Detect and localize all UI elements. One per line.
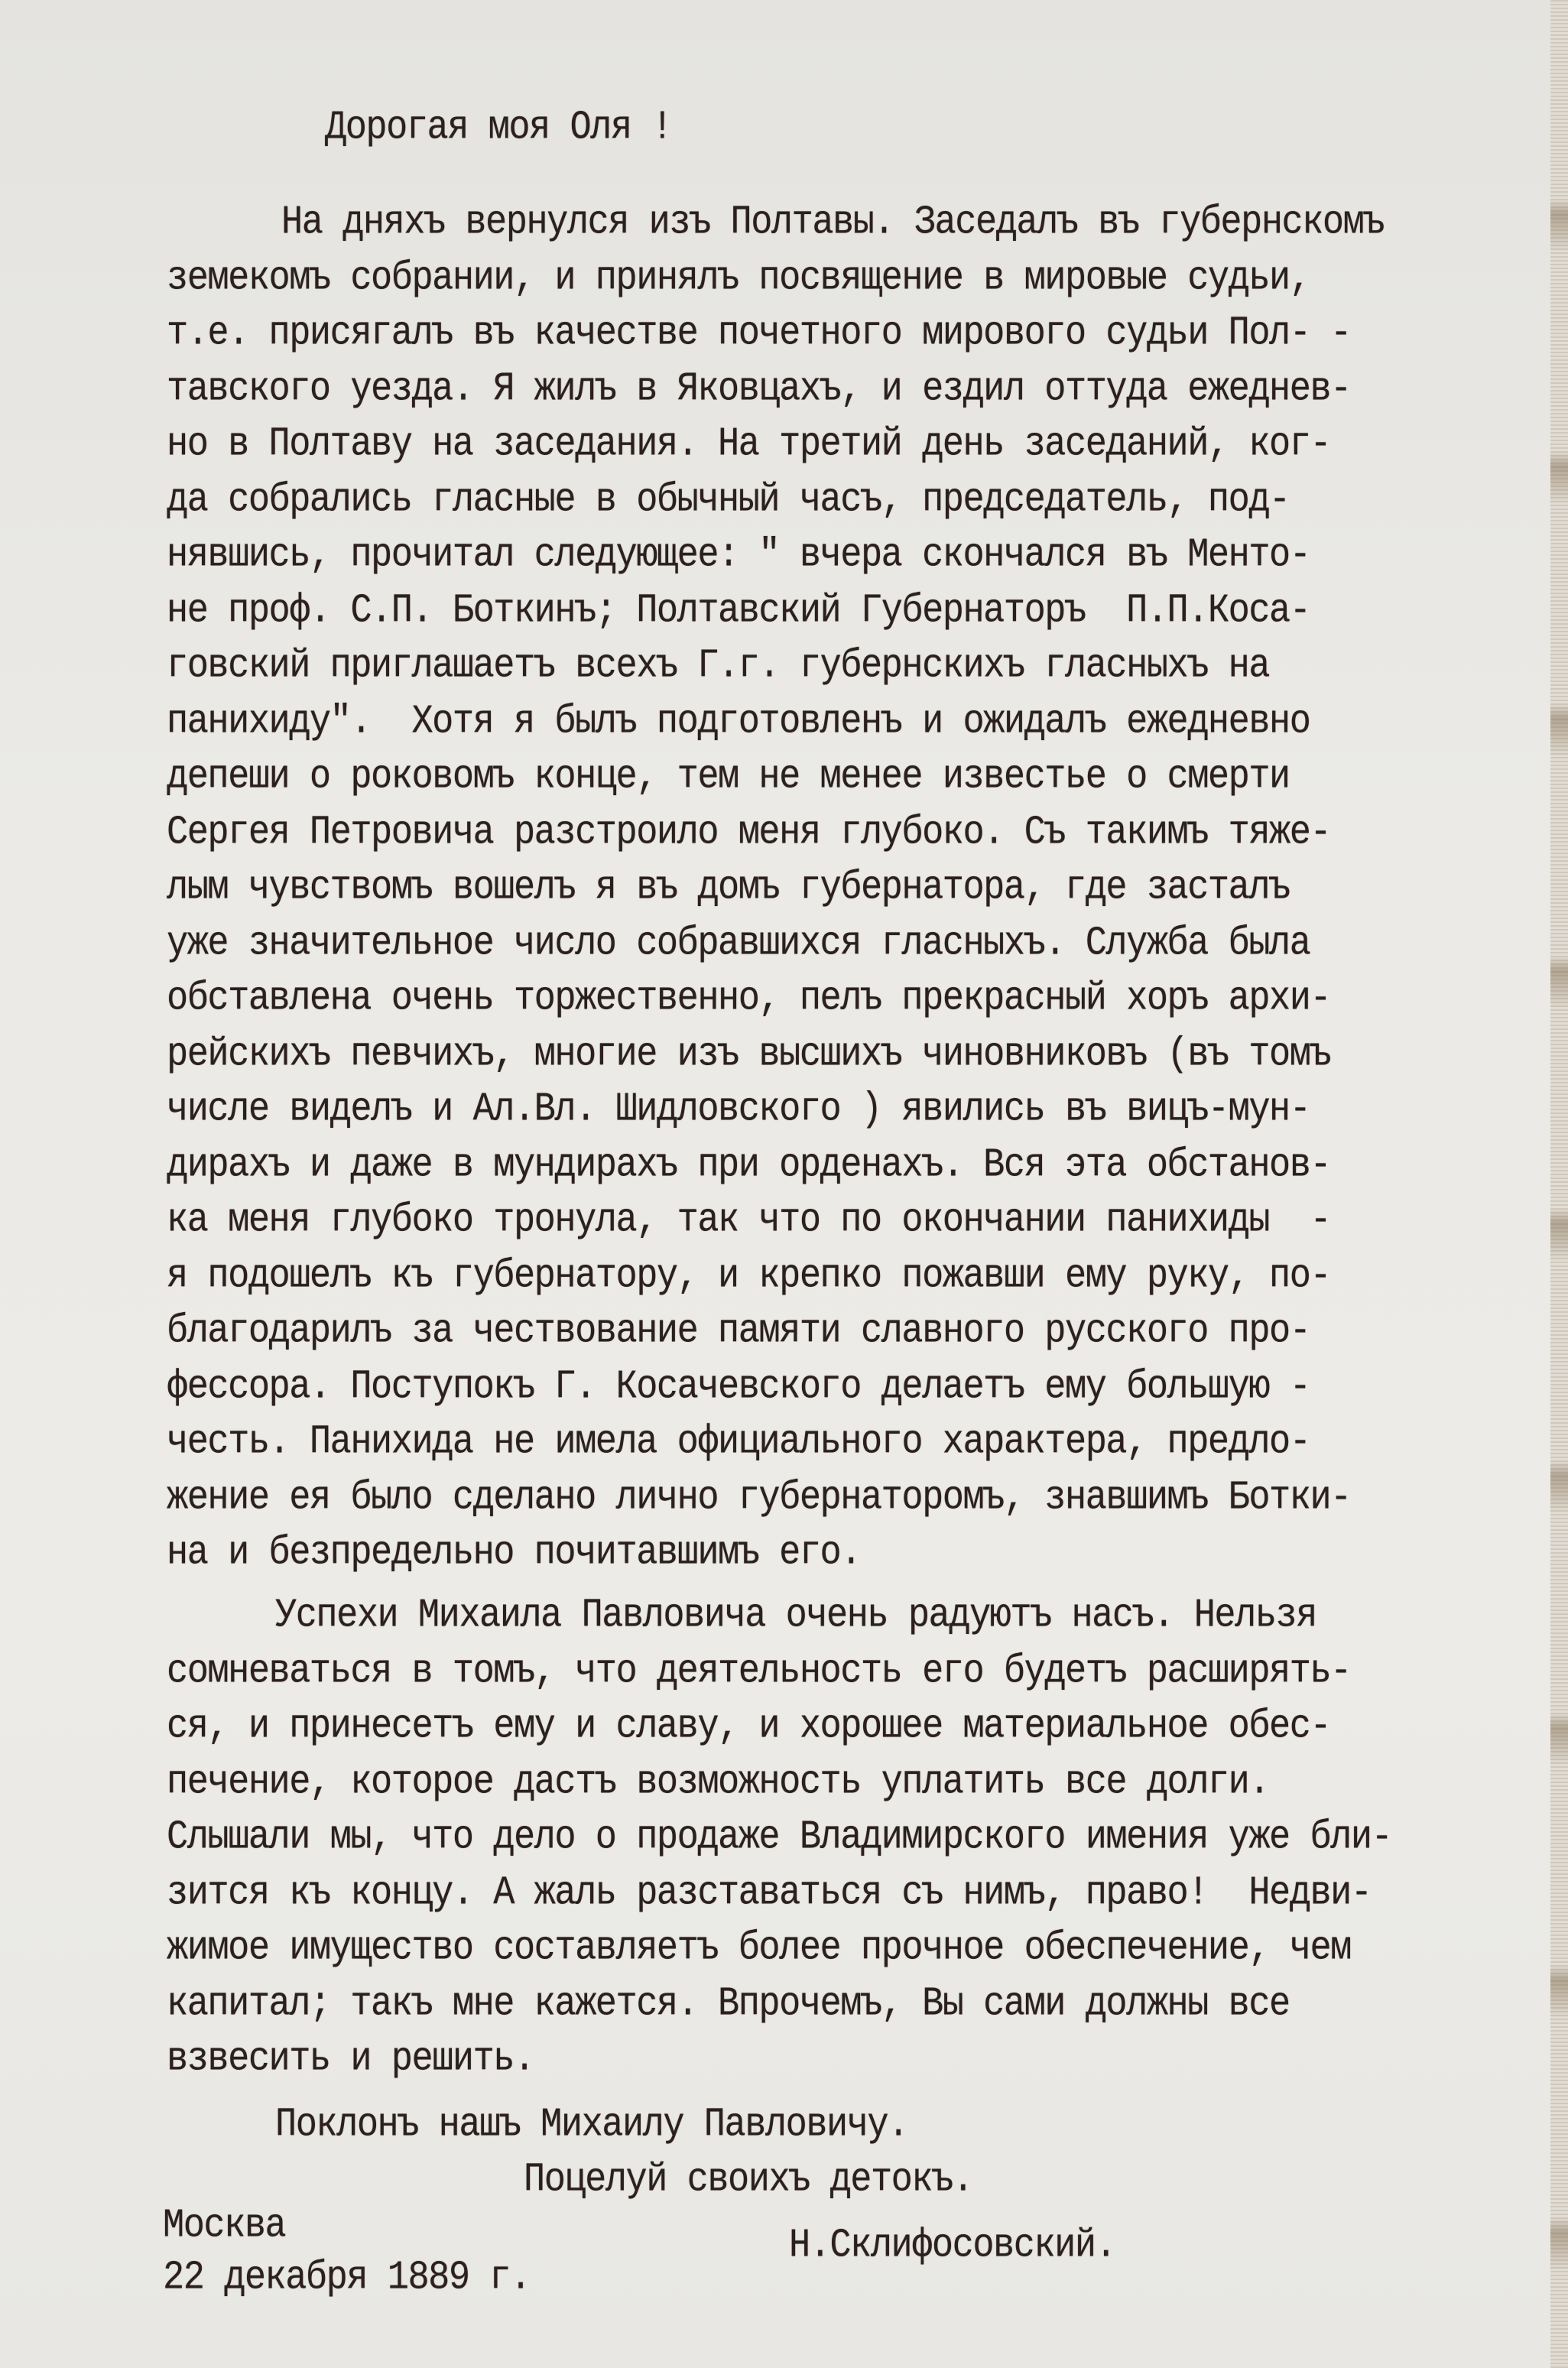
- text-line: сомневаться в томъ, что деятельность его…: [167, 1649, 1351, 1694]
- text-line: дирахъ и даже в мундирахъ при орденахъ. …: [167, 1143, 1330, 1188]
- text-line: лым чувствомъ вошелъ я въ домъ губернато…: [167, 866, 1290, 911]
- date: 22 декабря 1889 г.: [163, 2256, 531, 2301]
- text-line: жимое имущество составляетъ более прочно…: [167, 1926, 1351, 1971]
- text-line: депеши о роковомъ конце, тем не менее из…: [167, 755, 1290, 800]
- text-line: На дняхъ вернулся изъ Полтавы. Заседалъ …: [281, 200, 1384, 245]
- text-line: взвесить и решить.: [167, 2037, 534, 2082]
- signature: Н.Склифосовский.: [789, 2223, 1115, 2269]
- text-line: панихиду". Хотя я былъ подготовленъ и ож…: [167, 700, 1310, 745]
- salutation: Дорогая моя Оля !: [325, 106, 672, 151]
- text-line: обставлена очень торжественно, пелъ прек…: [167, 976, 1330, 1022]
- text-line: нявшись, прочитал следующее: " вчера ско…: [167, 533, 1310, 578]
- text-line: говский приглашаетъ всехъ Г.г. губернски…: [167, 644, 1269, 689]
- text-line: печение, которое дастъ возможность уплат…: [167, 1760, 1269, 1805]
- text-line: земекомъ собрании, и принялъ посвящение …: [167, 256, 1310, 301]
- text-line: тавского уезда. Я жилъ в Яковцахъ, и езд…: [167, 367, 1351, 412]
- text-line: не проф. С.П. Боткинъ; Полтавский Губерн…: [167, 589, 1310, 634]
- text-line: уже значительное число собравшихся гласн…: [167, 921, 1310, 966]
- text-line: капитал; такъ мне кажется. Впрочемъ, Вы …: [167, 1982, 1290, 2027]
- text-line: Слышали мы, что дело о продаже Владимирс…: [167, 1815, 1391, 1860]
- text-line: благодарилъ за чествование памяти славно…: [167, 1309, 1310, 1354]
- text-line: числе виделъ и Ал.Вл. Шидловского ) явил…: [167, 1087, 1310, 1132]
- text-line: на и безпредельно почитавшимъ его.: [167, 1531, 861, 1576]
- background-fabric-edge: [1550, 0, 1568, 2368]
- text-line: да собрались гласные в обычный часъ, пре…: [167, 478, 1290, 523]
- text-line: но в Полтаву на заседания. На третий ден…: [167, 422, 1330, 467]
- text-line: жение ея было сделано лично губернатором…: [167, 1476, 1351, 1521]
- place: Москва: [163, 2204, 285, 2249]
- text-line: ся, и принесетъ ему и славу, и хорошее м…: [167, 1704, 1330, 1749]
- text-line: ка меня глубоко тронула, так что по окон…: [167, 1198, 1330, 1243]
- text-line: я подошелъ къ губернатору, и крепко пожа…: [167, 1254, 1330, 1299]
- text-line: фессора. Поступокъ Г. Косачевского делае…: [167, 1365, 1310, 1410]
- closing-regards: Поклонъ нашъ Михаилу Павловичу.: [275, 2103, 908, 2148]
- text-line: рейскихъ певчихъ, многие изъ высшихъ чин…: [167, 1032, 1330, 1077]
- closing-kiss: Поцелуй своихъ детокъ.: [524, 2158, 973, 2203]
- text-line: Успехи Михаила Павловича очень радуютъ н…: [275, 1593, 1316, 1639]
- text-line: т.е. присягалъ въ качестве почетного мир…: [167, 311, 1351, 356]
- text-line: честь. Панихида не имела официального ха…: [167, 1420, 1310, 1465]
- text-line: зится къ концу. А жаль разставаться съ н…: [167, 1871, 1372, 1916]
- text-line: Сергея Петровича разстроило меня глубоко…: [167, 810, 1330, 856]
